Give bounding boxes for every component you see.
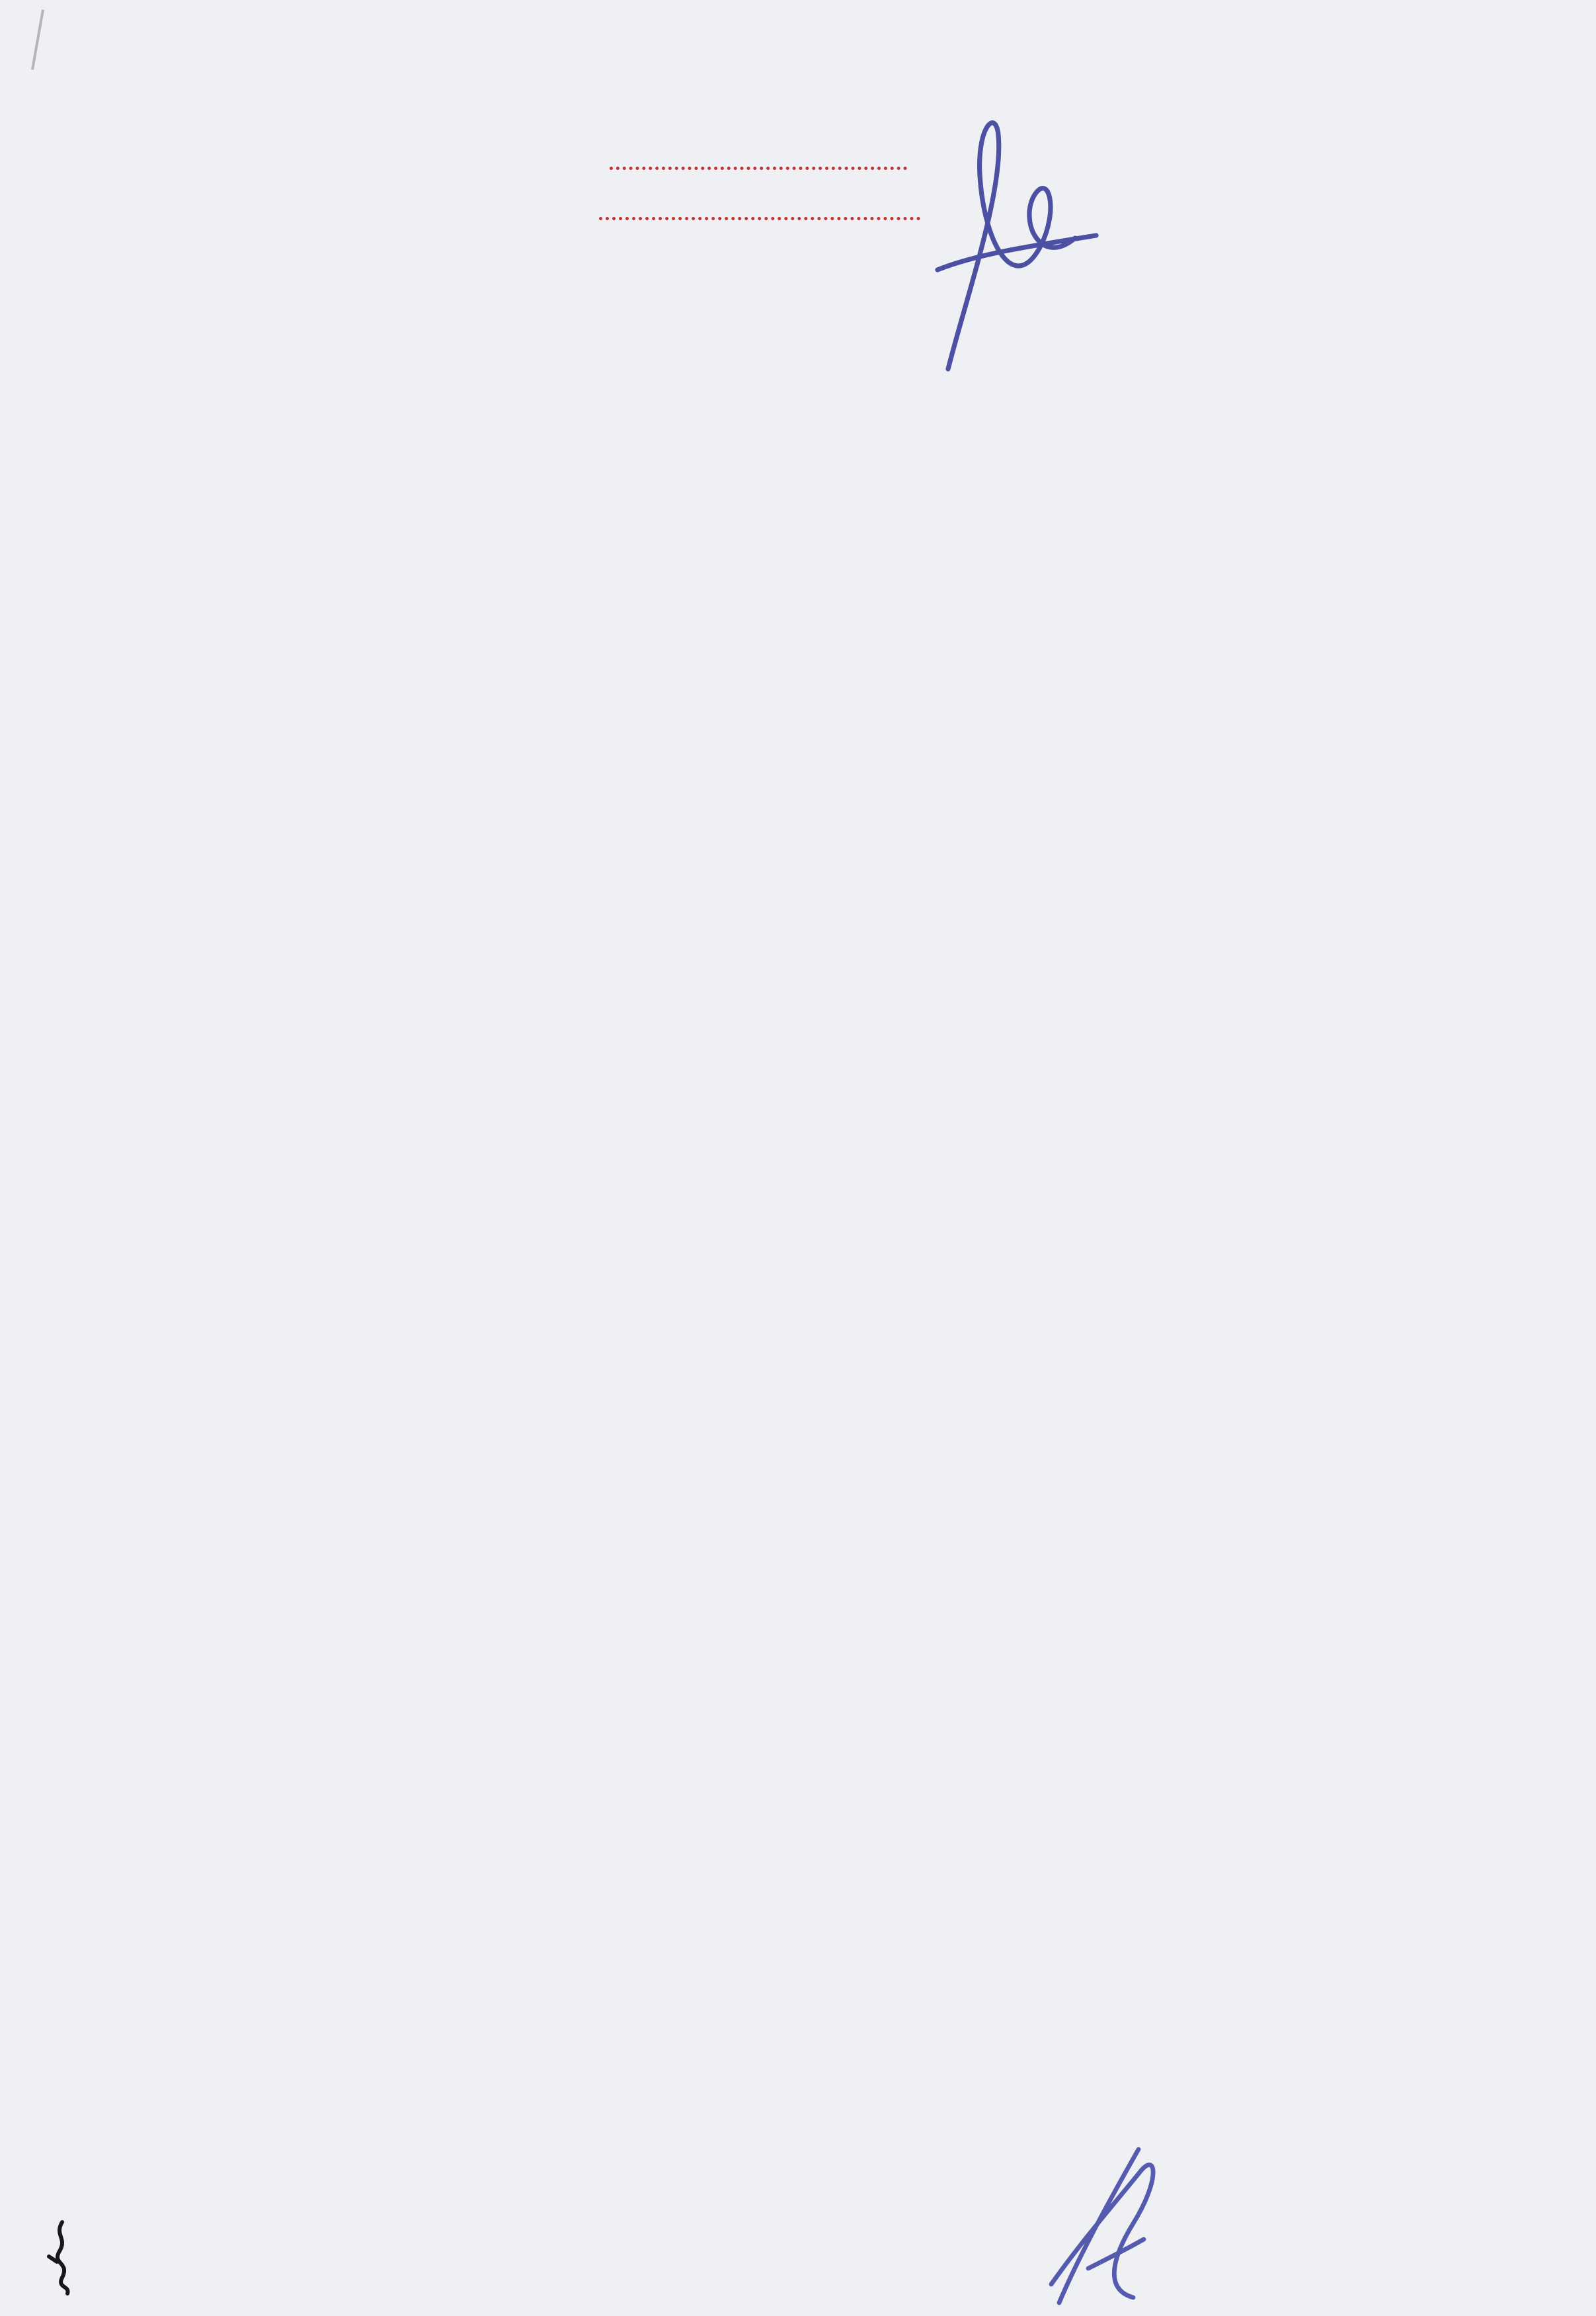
certified-copy-stamp [395,2212,459,2223]
starostwo-powiatowe-stamp [1197,33,1567,37]
certified-stamp-line1 [395,2212,459,2214]
designer-signature [1012,2141,1210,2315]
scanned-decision-page [0,0,1596,2316]
decision-body [140,335,1457,367]
scan-scratch-mark [31,9,44,69]
dotted-line [610,147,907,170]
pen-scribble-mark [36,2217,89,2296]
designer-stamp [931,2157,1380,2161]
final-stamp-date-row1 [610,144,907,170]
dotted-line [599,197,920,220]
final-stamp-date-row2 [599,194,920,220]
podinspektor-stamp [688,171,747,179]
